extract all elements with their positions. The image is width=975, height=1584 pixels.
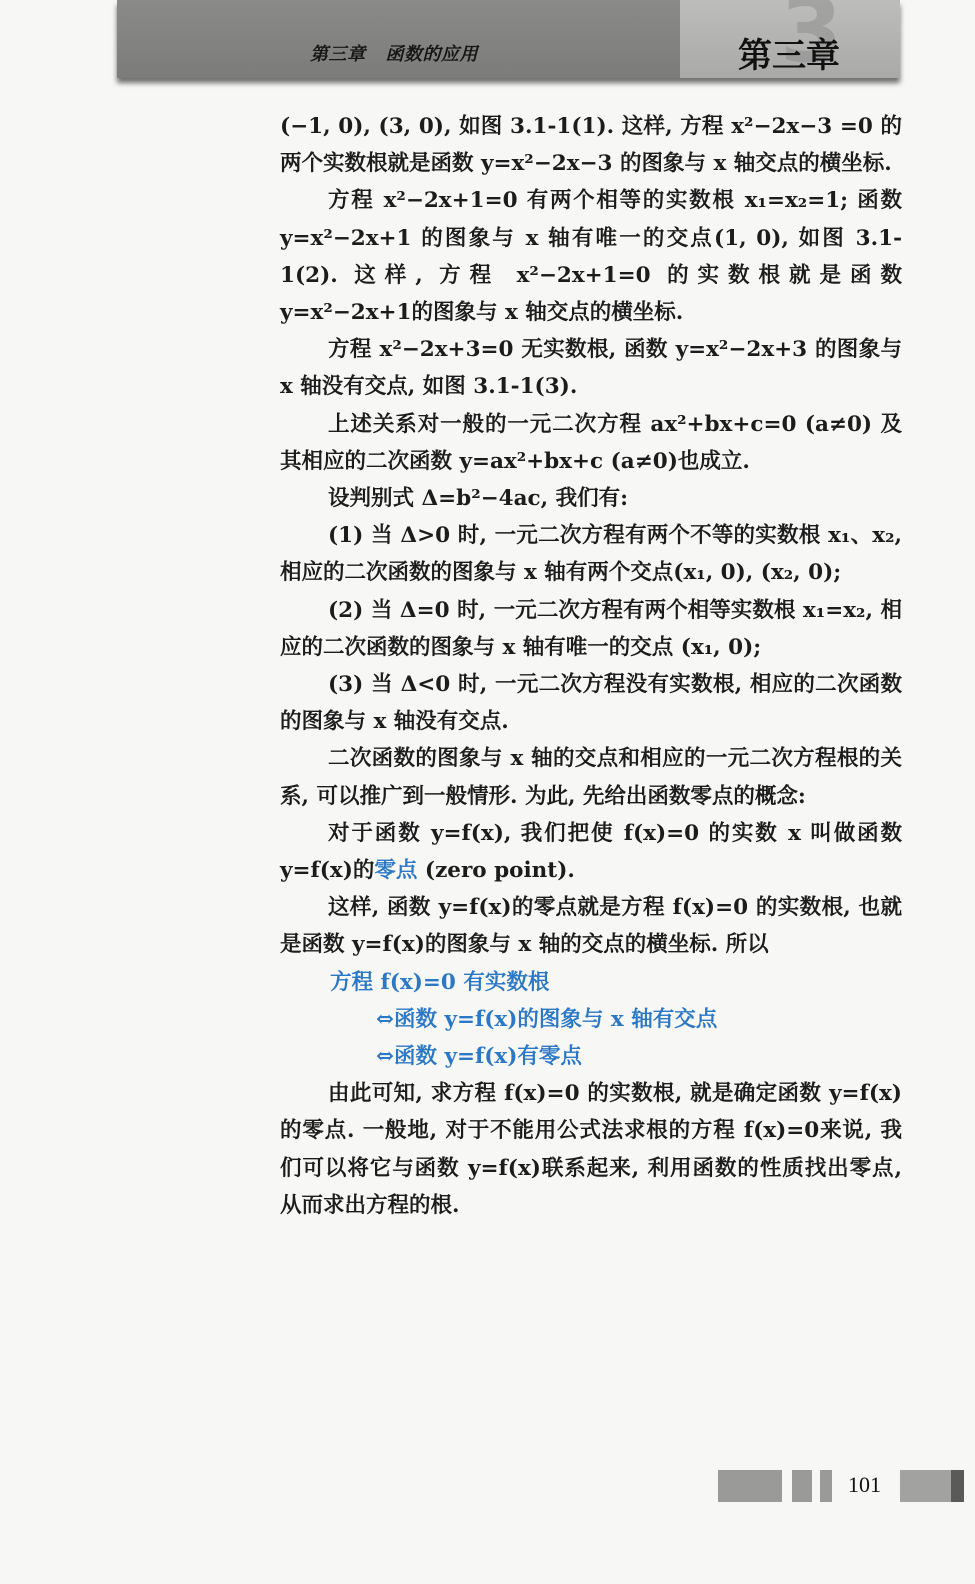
footer-decor-bar xyxy=(900,1470,964,1502)
running-head-chapter: 第三章 xyxy=(310,44,366,65)
footer-decor-bar xyxy=(718,1470,782,1502)
running-head: 第三章函数的应用 xyxy=(310,40,478,66)
definition-paragraph: 对于函数 y=f(x), 我们把使 f(x)=0 的实数 x 叫做函数 y=f(… xyxy=(280,815,902,889)
paragraph: (−1, 0), (3, 0), 如图 3.1-1(1). 这样, 方程 x²−… xyxy=(280,108,902,182)
equivalence-line: ⇔函数 y=f(x)的图象与 x 轴有交点 xyxy=(280,1001,902,1038)
equivalence-block: 方程 f(x)=0 有实数根 ⇔函数 y=f(x)的图象与 x 轴有交点 ⇔函数… xyxy=(280,964,902,1076)
equivalence-line: 方程 f(x)=0 有实数根 xyxy=(280,964,902,1001)
case-item: (3) 当 Δ<0 时, 一元二次方程没有实数根, 相应的二次函数的图象与 x … xyxy=(280,666,902,740)
paragraph: 方程 x²−2x+3=0 无实数根, 函数 y=x²−2x+3 的图象与 x 轴… xyxy=(280,331,902,405)
definition-text-english: (zero point). xyxy=(417,858,574,883)
paragraph: 二次函数的图象与 x 轴的交点和相应的一元二次方程根的关系, 可以推广到一般情形… xyxy=(280,740,902,814)
paragraph: 这样, 函数 y=f(x)的零点就是方程 f(x)=0 的实数根, 也就是函数 … xyxy=(280,889,902,963)
paragraph: 上述关系对一般的一元二次方程 ax²+bx+c=0 (a≠0) 及其相应的二次函… xyxy=(280,406,902,480)
equivalence-line: ⇔函数 y=f(x)有零点 xyxy=(280,1038,902,1075)
chapter-label: 第三章 xyxy=(738,28,840,77)
case-item: (2) 当 Δ=0 时, 一元二次方程有两个相等实数根 x₁=x₂, 相应的二次… xyxy=(280,592,902,666)
page-number: 101 xyxy=(848,1472,881,1498)
paragraph: 由此可知, 求方程 f(x)=0 的实数根, 就是确定函数 y=f(x)的零点.… xyxy=(280,1075,902,1224)
paragraph: 设判别式 Δ=b²−4ac, 我们有: xyxy=(280,480,902,517)
main-text: (−1, 0), (3, 0), 如图 3.1-1(1). 这样, 方程 x²−… xyxy=(280,108,902,1224)
paragraph: 方程 x²−2x+1=0 有两个相等的实数根 x₁=x₂=1; 函数 y=x²−… xyxy=(280,182,902,331)
running-head-title: 函数的应用 xyxy=(386,44,479,65)
zero-point-term: 零点 xyxy=(374,858,417,883)
footer-decor-bar xyxy=(792,1470,812,1502)
case-item: (1) 当 Δ>0 时, 一元二次方程有两个不等的实数根 x₁、x₂, 相应的二… xyxy=(280,517,902,591)
footer-decor-bar xyxy=(820,1470,832,1502)
page-footer: 101 xyxy=(0,1470,975,1510)
